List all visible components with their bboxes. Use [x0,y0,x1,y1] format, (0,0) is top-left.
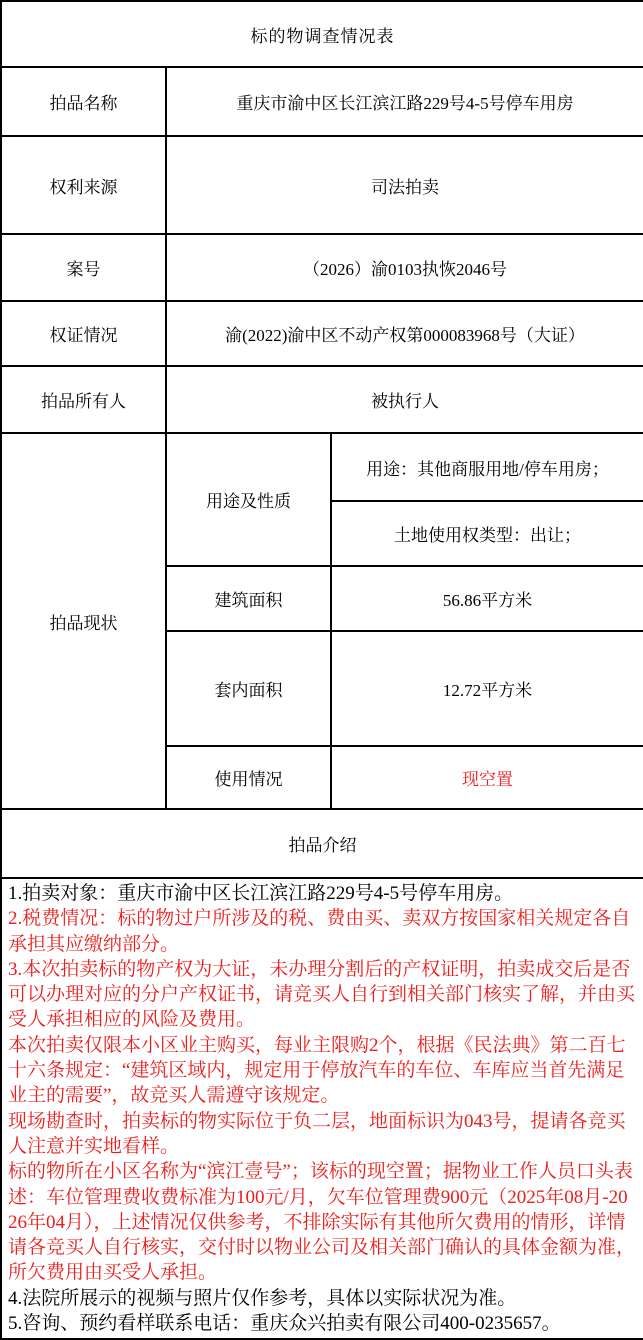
page-title: 标的物调查情况表 [1,1,643,67]
value-certificate-status: 渝(2022)渝中区不动产权第000083968号（大证） [166,301,643,366]
value-case-number: （2026）渝0103执恢2046号 [166,234,643,301]
value-auction-item-name: 重庆市渝中区长江滨江路229号4-5号停车用房 [166,67,643,136]
label-auction-item-name: 拍品名称 [1,67,166,136]
label-item-current-status-section: 拍品现状 [1,433,166,809]
value-item-owner: 被执行人 [166,366,643,433]
intro-paragraph-property-certificate: 3.本次拍卖标的物产权为大证，未办理分割后的产权证明，拍卖成交后是否可以办理对应… [8,957,637,1033]
value-inner-area: 12.72平方米 [331,631,643,746]
investigation-table: 标的物调查情况表 拍品名称 重庆市渝中区长江滨江路229号4-5号停车用房 权利… [0,0,643,1340]
intro-paragraph-taxes: 2.税费情况：标的物过户所涉及的税、费由买、卖双方按国家相关规定各自承担其应缴纳… [8,906,637,957]
intro-paragraph-site-survey: 现场勘查时，拍卖标的物实际位于负二层，地面标识为043号，提请各竞买人注意并实地… [8,1109,637,1160]
value-land-use-right-type: 土地使用权类型：出让； [331,501,643,566]
intro-paragraph-community-fees: 标的物所在小区名称为“滨江壹号”；该标的现空置；据物业工作人员口头表述：车位管理… [8,1159,637,1285]
intro-text-block: 1.拍卖对象：重庆市渝中区长江滨江路229号4-5号停车用房。 2.税费情况：标… [1,878,643,1339]
intro-paragraph-owner-restriction: 本次拍卖仅限本小区业主购买，每业主限购2个，根据《民法典》第二百七十六条规定：“… [8,1033,637,1109]
value-usage: 用途：其他商服用地/停车用房； [331,433,643,501]
label-usage-and-nature: 用途及性质 [166,433,331,566]
label-certificate-status: 权证情况 [1,301,166,366]
intro-paragraph-contact-phone: 5.咨询、预约看样联系电话：重庆众兴拍卖有限公司400-0235657。 [8,1311,637,1336]
value-usage-status: 现空置 [331,746,643,809]
intro-paragraph-media-disclaimer: 4.法院所展示的视频与照片仅作参考，具体以实际状况为准。 [8,1286,637,1311]
label-case-number: 案号 [1,234,166,301]
intro-paragraph-auction-object: 1.拍卖对象：重庆市渝中区长江滨江路229号4-5号停车用房。 [8,881,637,906]
label-usage-status: 使用情况 [166,746,331,809]
label-inner-area: 套内面积 [166,631,331,746]
intro-section-header: 拍品介绍 [1,809,643,878]
label-building-area: 建筑面积 [166,566,331,631]
label-item-owner: 拍品所有人 [1,366,166,433]
label-right-source: 权利来源 [1,136,166,234]
value-right-source: 司法拍卖 [166,136,643,234]
value-building-area: 56.86平方米 [331,566,643,631]
